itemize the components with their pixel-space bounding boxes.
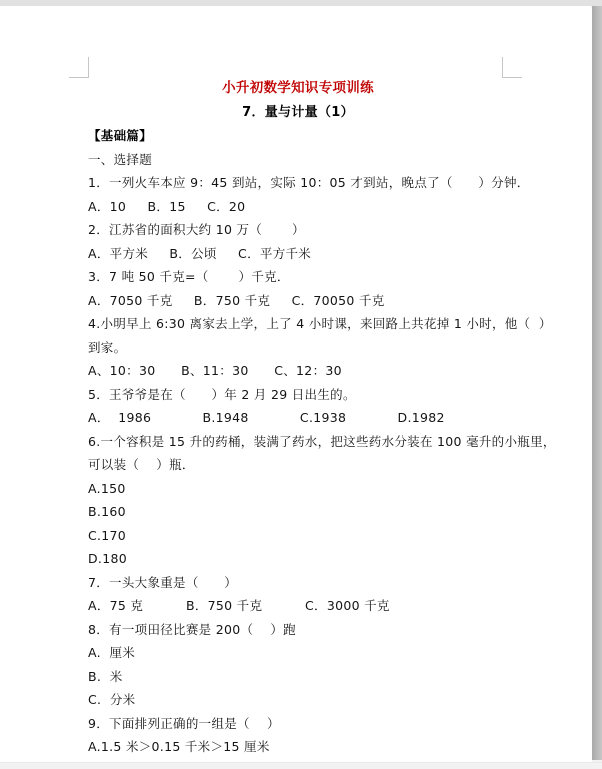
question-1-options: A．10 B．15 C．20	[88, 195, 508, 219]
question-4-text-line2: 到家。	[88, 336, 508, 360]
question-6-option-b: B.160	[88, 500, 508, 524]
page-right-edge-shadow	[592, 6, 602, 760]
question-4-options: A、10：30 B、11：30 C、12：30	[88, 359, 508, 383]
question-3-text: 3．7 吨 50 千克=（ ）千克．	[88, 265, 508, 289]
question-8-option-a: A. 厘米	[88, 641, 508, 665]
question-9-text: 9．下面排列正确的一组是（ ）	[88, 712, 508, 736]
question-8-option-c: C. 分米	[88, 688, 508, 712]
question-2-options: A．平方米 B．公顷 C．平方千米	[88, 242, 508, 266]
margin-crop-mark-top-left	[69, 57, 89, 78]
question-9-option-a: A.1.5 米＞0.15 千米＞15 厘米	[88, 735, 508, 759]
question-5-options: A． 1986 B.1948 C.1938 D.1982	[88, 406, 508, 430]
question-5-text: 5．王爷爷是在（ ）年 2 月 29 日出生的。	[88, 383, 508, 407]
document-viewport: 小升初数学知识专项训练 7．量与计量（1） 【基础篇】 一、选择题 1．一列火车…	[0, 0, 602, 769]
question-7-options: A．75 克 B．750 千克 C．3000 千克	[88, 594, 508, 618]
question-8-option-b: B. 米	[88, 665, 508, 689]
margin-crop-mark-top-right	[502, 57, 522, 78]
question-4-text-line1: 4.小明早上 6:30 离家去上学，上了 4 小时课，来回路上共花掉 1 小时，…	[88, 312, 508, 336]
question-6-text-line1: 6.一个容积是 15 升的药桶，装满了药水，把这些药水分装在 100 毫升的小瓶…	[88, 430, 508, 454]
question-1-text: 1．一列火车本应 9：45 到站，实际 10：05 才到站，晚点了（ ）分钟．	[88, 171, 508, 195]
question-2-text: 2．江苏省的面积大约 10 万（ ）	[88, 218, 508, 242]
top-margin-gap	[0, 0, 602, 6]
document-body: 小升初数学知识专项训练 7．量与计量（1） 【基础篇】 一、选择题 1．一列火车…	[88, 77, 508, 759]
question-6-option-c: C.170	[88, 524, 508, 548]
question-6-text-line2: 可以装（ ）瓶．	[88, 453, 508, 477]
section-heading-basics: 【基础篇】	[88, 124, 508, 148]
doc-title: 小升初数学知识专项训练	[88, 77, 508, 101]
question-6-option-d: D.180	[88, 547, 508, 571]
question-8-text: 8．有一项田径比赛是 200（ ）跑	[88, 618, 508, 642]
page-bottom-edge	[0, 762, 602, 769]
question-6-option-a: A.150	[88, 477, 508, 501]
question-3-options: A．7050 千克 B．750 千克 C．70050 千克	[88, 289, 508, 313]
doc-subtitle: 7．量与计量（1）	[88, 101, 508, 125]
question-7-text: 7．一头大象重是（ ）	[88, 571, 508, 595]
section-heading-choice: 一、选择题	[88, 148, 508, 172]
